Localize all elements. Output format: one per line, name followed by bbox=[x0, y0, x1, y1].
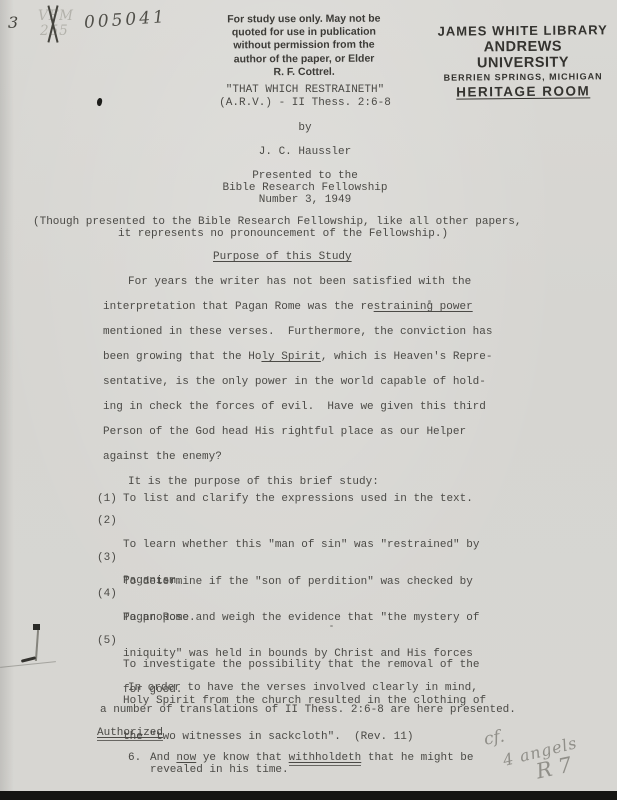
ink-blot-mark bbox=[96, 98, 103, 107]
list-item-line: To propose and weigh the evidence that "… bbox=[123, 612, 479, 624]
list-item-line: the "two witnesses in sackcloth". (Rev. … bbox=[123, 731, 486, 743]
verse-text: And bbox=[150, 752, 176, 764]
handwritten-accession-number: 005041 bbox=[83, 7, 167, 33]
study-use-stamp: For study use only. May not be quoted fo… bbox=[218, 13, 390, 80]
body-line: For years the writer has not been satisf… bbox=[128, 276, 471, 288]
scan-bottom-edge bbox=[0, 791, 617, 800]
list-item-text: To list and clarify the expressions used… bbox=[123, 493, 473, 505]
list-item-line: To investigate the possibility that the … bbox=[123, 659, 486, 671]
underlined-phrase-restraining-power: straining power bbox=[374, 301, 473, 313]
underlined-phrase-holy-spirit: ly Spirit bbox=[261, 351, 320, 363]
document-title-line1: "THAT WHICH RESTRAINETH" bbox=[148, 84, 462, 96]
section-heading-purpose: Purpose of this Study bbox=[213, 251, 352, 263]
body-line: It is the purpose of this brief study: bbox=[128, 476, 379, 488]
list-item-number: (5) bbox=[97, 635, 117, 647]
study-use-stamp-line: without permission from the bbox=[218, 39, 390, 53]
section-heading-authorized: Authorized bbox=[97, 727, 163, 741]
list-item-text: To investigate the possibility that the … bbox=[123, 635, 486, 767]
pencil-note-cf: cf. bbox=[482, 726, 506, 749]
paper-speck bbox=[330, 625, 333, 627]
body-line: interpretation that Pagan Rome was the r… bbox=[103, 301, 473, 313]
study-use-stamp-line: For study use only. May not be bbox=[218, 13, 390, 27]
scratch-line bbox=[0, 661, 56, 668]
underlined-word-withholdeth: withholdeth bbox=[289, 752, 362, 766]
verse-line2: revealed in his time. bbox=[150, 764, 289, 776]
list-item-number: (4) bbox=[97, 588, 117, 600]
verse-line1: And now ye know that withholdeth that he… bbox=[150, 752, 473, 764]
body-line: been growing that the Holy Spirit, which… bbox=[103, 351, 493, 363]
body-line: mentioned in these verses. Furthermore, … bbox=[103, 326, 492, 338]
author-name: J. C. Haussler bbox=[148, 146, 462, 158]
study-use-stamp-line: author of the paper, or Elder bbox=[218, 52, 390, 66]
list-item-line: To determine if the "son of perdition" w… bbox=[123, 576, 473, 588]
list-item-line: To learn whether this "man of sin" was "… bbox=[123, 539, 479, 551]
library-stamp: JAMES WHITE LIBRARY ANDREWS UNIVERSITY B… bbox=[437, 21, 610, 100]
list-item-number: (3) bbox=[97, 552, 117, 564]
presented-line3: Number 3, 1949 bbox=[148, 194, 462, 206]
body-line: ing in check the forces of evil. Have we… bbox=[103, 401, 486, 413]
underlined-word-now: now bbox=[176, 752, 196, 764]
body-line: Person of the God head His rightful plac… bbox=[103, 426, 466, 438]
study-use-stamp-line: quoted for use in publication bbox=[218, 26, 390, 40]
list-item-number: (2) bbox=[97, 515, 117, 527]
handwritten-page-number: 3 bbox=[8, 13, 18, 32]
crossout-x-mark bbox=[40, 5, 66, 43]
library-stamp-university: ANDREWS UNIVERSITY bbox=[437, 38, 609, 71]
body-text: interpretation that Pagan Rome was the r… bbox=[103, 301, 374, 313]
study-use-stamp-line: R. F. Cottrel. bbox=[218, 65, 390, 79]
paper-speck bbox=[428, 300, 431, 303]
scanned-document-page: 3 VFM 255 005041 For study use only. May… bbox=[0, 0, 617, 800]
disclaimer-line2: it represents no pronouncement of the Fe… bbox=[118, 228, 448, 240]
byline: by bbox=[148, 122, 462, 134]
presented-line2: Bible Research Fellowship bbox=[148, 182, 462, 194]
body-line: sentative, is the only power in the worl… bbox=[103, 376, 486, 388]
document-title-line2: (A.R.V.) - II Thess. 2:6-8 bbox=[148, 97, 462, 109]
body-line: In order to have the verses involved cle… bbox=[128, 682, 478, 694]
verse-text: that he might be bbox=[361, 752, 473, 764]
list-item-number: (1) bbox=[97, 493, 117, 505]
body-line: a number of translations of II Thess. 2:… bbox=[100, 704, 516, 716]
verse-text: ye know that bbox=[196, 752, 288, 764]
library-stamp-room: HERITAGE ROOM bbox=[437, 83, 609, 101]
library-stamp-name: JAMES WHITE LIBRARY bbox=[437, 21, 609, 40]
body-line: against the enemy? bbox=[103, 451, 222, 463]
body-text: been growing that the Ho bbox=[103, 351, 261, 363]
disclaimer-line1: (Though presented to the Bible Research … bbox=[33, 216, 521, 228]
body-text: , which is Heaven's Repre- bbox=[321, 351, 493, 363]
verse-number: 6. bbox=[128, 752, 141, 764]
presented-line1: Presented to the bbox=[148, 170, 462, 182]
pen-dash-mark bbox=[21, 656, 36, 663]
